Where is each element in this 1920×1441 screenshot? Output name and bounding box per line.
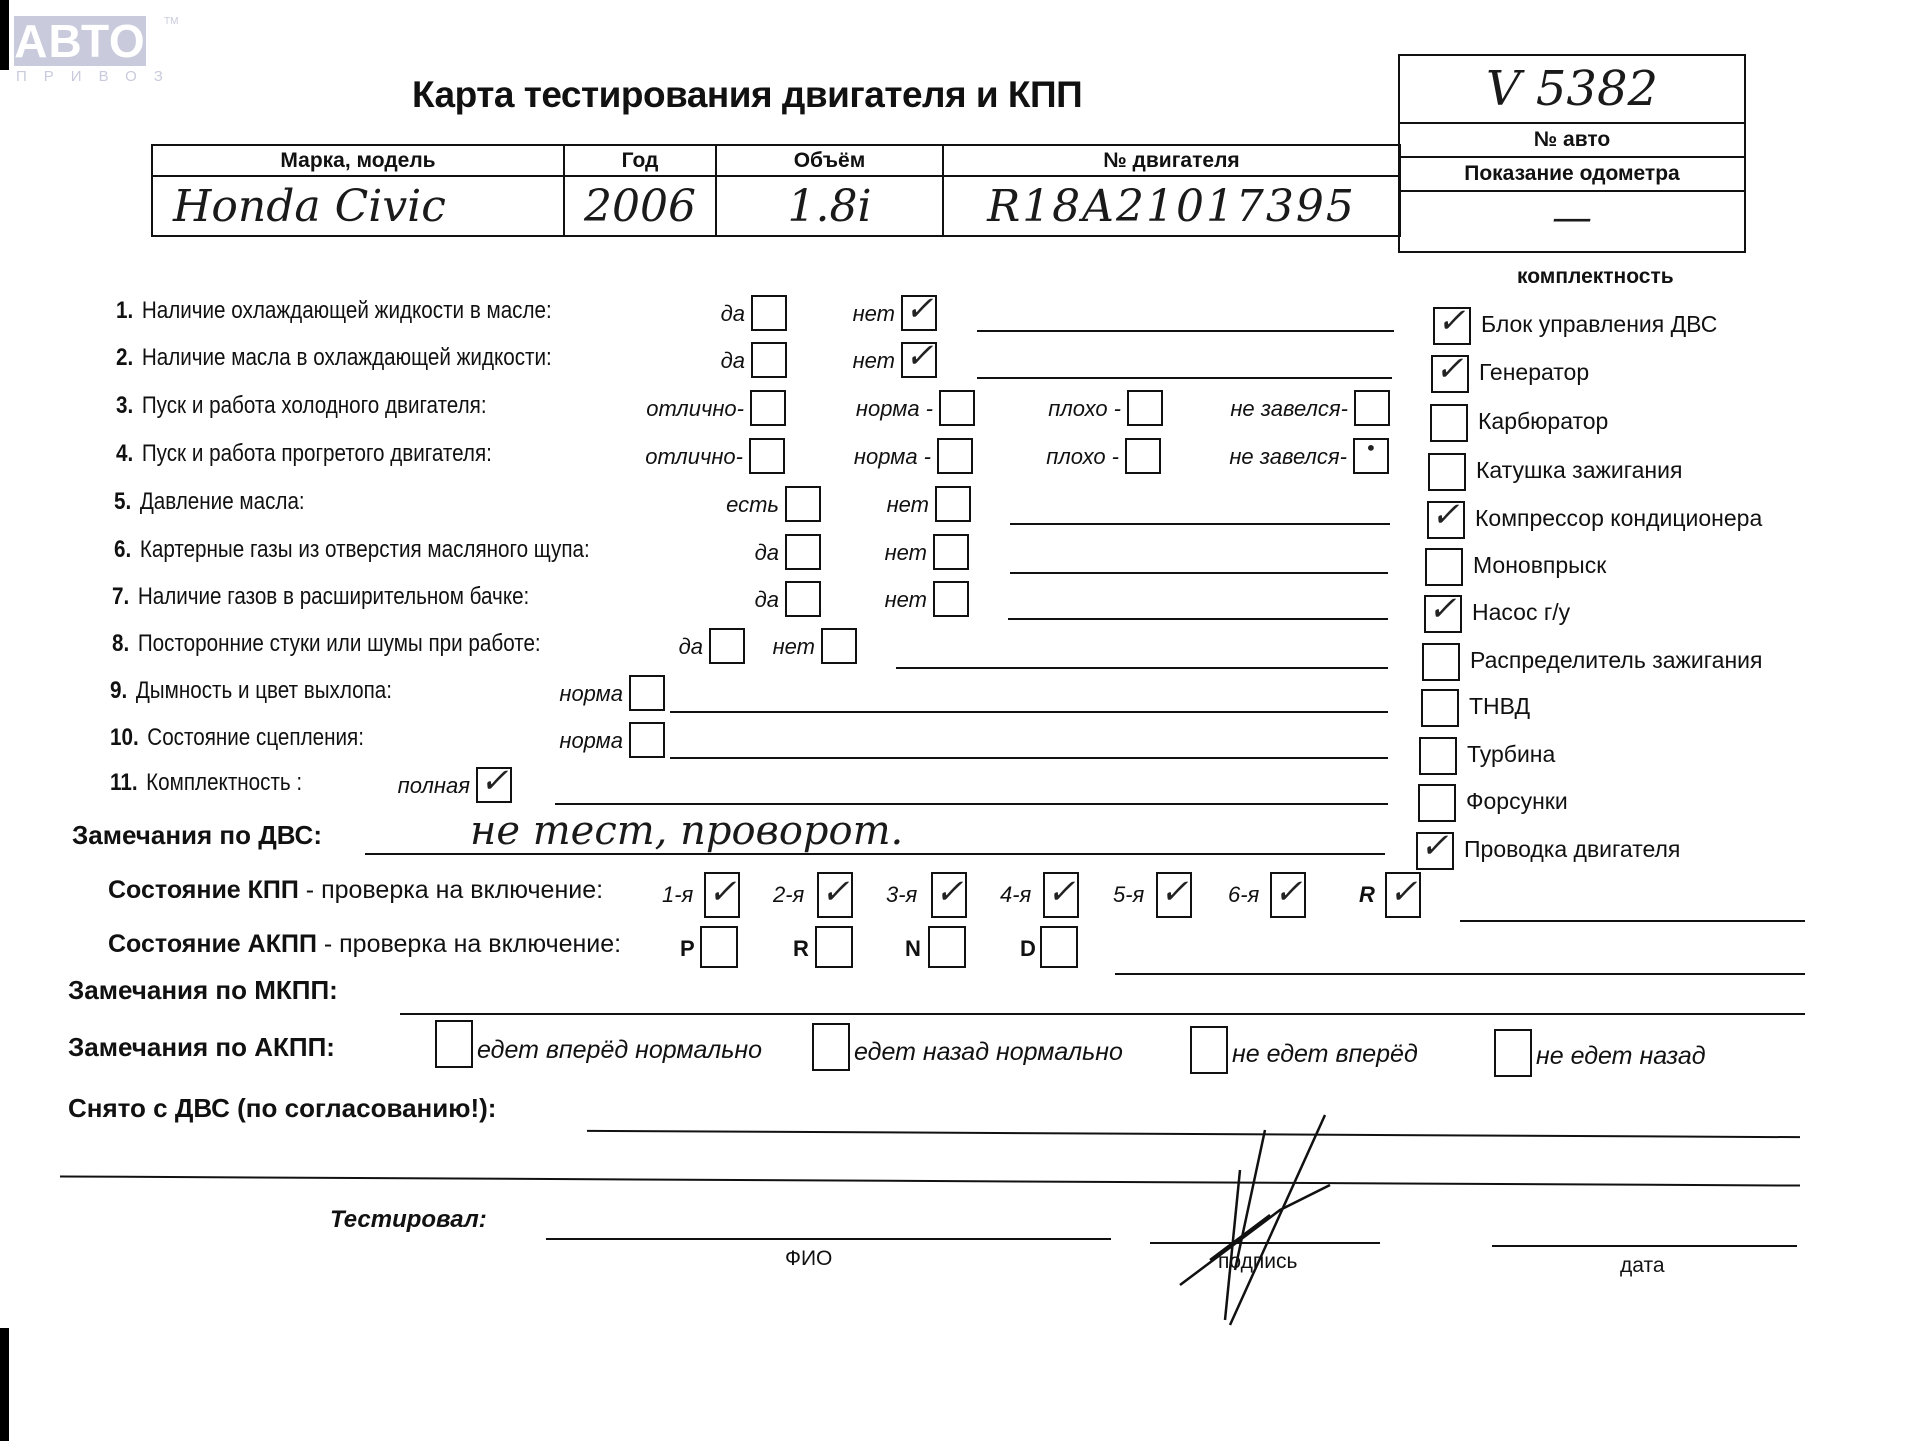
completeness-item-label: Блок управления ДВС [1481,311,1717,338]
check-option-box[interactable] [785,581,821,617]
gear-label: 5-я [1113,882,1144,908]
check-mark-icon: ✓ [1274,872,1303,912]
check-row-text: Наличие охлаждающей жидкости в масле: [142,297,552,324]
check-option-label: норма [559,681,623,707]
auto-remarks-checkbox[interactable] [435,1020,473,1068]
check-mark-icon: ✓ [1047,872,1076,912]
check-row-label: 6.Картерные газы из отверстия масляного … [114,536,590,564]
check-notes-line[interactable] [1008,618,1388,620]
check-option-box[interactable] [749,438,785,474]
gear-label: R [1359,882,1375,908]
odometer-label: Показание одометра [1400,158,1744,192]
check-option-box[interactable] [933,534,969,570]
check-row-text: Пуск и работа прогретого двигателя: [142,440,492,467]
completeness-checkbox[interactable] [1421,689,1459,727]
check-option-label: нет [885,587,927,613]
car-info-box: V 5382 № авто Показание одометра — [1398,54,1746,253]
removed-label: Снято с ДВС (по согласованию!): [68,1093,496,1124]
check-mark-icon: ✓ [905,289,934,329]
auto-gearbox-label-bold: Состояние АКПП [108,930,317,958]
auto-position-label: R [793,936,809,962]
engine-remarks-line [365,853,1385,855]
auto-remarks-option-label: не едет назад [1536,1042,1706,1071]
check-row-text: Наличие масла в охлаждающей жидкости: [142,344,552,371]
check-option-label: отлично- [645,444,743,470]
completeness-item-label: Моновпрыск [1473,552,1606,579]
completeness-item-label: ТНВД [1469,693,1530,720]
auto-remarks-checkbox[interactable] [812,1023,850,1071]
completeness-checkbox[interactable] [1419,737,1457,775]
completeness-checkbox[interactable] [1430,404,1468,442]
check-option-box[interactable] [939,390,975,426]
check-option-label: да [721,301,745,327]
check-row-label: 7.Наличие газов в расширительном бачке: [112,583,529,611]
check-mark-icon: ✓ [480,761,509,801]
manual-remarks-label: Замечания по МКПП: [68,975,338,1006]
check-row-text: Пуск и работа холодного двигателя: [142,392,487,419]
gear-label: 4-я [1000,882,1031,908]
logo-sub: ПРИВОЗ [14,68,180,85]
check-row-number: 10. [110,724,139,751]
check-option-label: плохо - [1048,396,1121,422]
make-model-value[interactable]: Honda Civic [152,176,564,236]
check-row-text: Состояние сцепления: [147,724,364,751]
check-notes-line[interactable] [1010,523,1390,525]
auto-position-checkbox[interactable] [700,926,738,968]
check-option-box[interactable] [937,438,973,474]
check-option-label: да [721,348,745,374]
volume-value[interactable]: 1.8i [716,176,943,236]
auto-position-label: P [680,936,695,962]
check-option-label: да [755,540,779,566]
gear-checkbox[interactable]: ✓ [1043,872,1079,918]
manual-remarks-line[interactable] [400,1013,1805,1015]
gear-checkbox[interactable]: ✓ [1270,872,1306,918]
check-option-box[interactable]: ✓ [901,342,937,378]
engine-number-value[interactable]: R18A21017395 [943,176,1400,236]
check-option-box[interactable]: ✓ [901,295,937,331]
page-title: Карта тестирования двигателя и КПП [412,74,1082,116]
check-row-label: 3.Пуск и работа холодного двигателя: [116,392,487,420]
check-option-label: нет [853,348,895,374]
check-row-label: 4.Пуск и работа прогретого двигателя: [116,440,492,468]
check-option-box[interactable] [750,390,786,426]
gear-checkbox[interactable]: ✓ [1385,872,1421,918]
check-row-number: 8. [112,630,129,657]
completeness-checkbox[interactable] [1428,453,1466,491]
completeness-item-label: Проводка двигателя [1464,836,1680,863]
date-caption: дата [1620,1254,1665,1278]
check-row-label: 9.Дымность и цвет выхлопа: [110,677,392,705]
auto-remarks-label: Замечания по АКПП: [68,1032,335,1063]
check-option-box[interactable] [1127,390,1163,426]
check-row-label: 2.Наличие масла в охлаждающей жидкости: [116,344,552,372]
header-year: Год [564,145,716,176]
check-notes-line[interactable] [896,667,1388,669]
check-notes-line[interactable] [1010,572,1388,574]
check-row-label: 5.Давление масла: [114,488,305,516]
logo-tm: TM [164,16,178,27]
tested-by-label: Тестировал: [330,1206,487,1234]
auto-remarks-checkbox[interactable] [1190,1026,1228,1074]
completeness-checkbox[interactable]: ✓ [1416,832,1454,870]
completeness-checkbox[interactable] [1418,784,1456,822]
engine-remarks-value[interactable]: не тест, проворот. [470,808,903,854]
vehicle-table: Марка, модель Год Объём № двигателя Hond… [151,144,1401,237]
check-mark-icon: ✓ [708,872,737,912]
check-option-box[interactable]: ✓ [476,767,512,803]
gear-label: 2-я [773,882,804,908]
removed-line-2[interactable] [60,1175,1800,1186]
gear-checkbox[interactable]: ✓ [704,872,740,918]
auto-remarks-option-label: едет назад нормально [854,1038,1123,1067]
check-mark-icon: ✓ [935,872,964,912]
auto-remarks-checkbox[interactable] [1494,1029,1532,1077]
odometer-value[interactable]: — [1400,192,1744,252]
check-row-number: 1. [116,297,133,324]
logo-brand: АВТО [14,16,146,66]
manual-gearbox-line [1460,920,1805,922]
completeness-item-label: Распределитель зажигания [1470,647,1762,674]
gear-checkbox[interactable]: ✓ [931,872,967,918]
gear-label: 6-я [1228,882,1259,908]
check-option-label: да [755,587,779,613]
check-option-label: нет [887,492,929,518]
check-option-box[interactable] [933,581,969,617]
check-option-box[interactable] [709,628,745,664]
check-option-box[interactable] [629,722,665,758]
gear-label: 1-я [662,882,693,908]
completeness-checkbox[interactable]: ✓ [1424,595,1462,633]
check-row-number: 9. [110,677,127,704]
completeness-checkbox[interactable]: ✓ [1433,307,1471,345]
check-row-text: Посторонние стуки или шумы при работе: [138,630,541,657]
check-mark-icon: ✓ [905,336,934,376]
completeness-checkbox[interactable]: ✓ [1427,501,1465,539]
name-caption: ФИО [785,1247,832,1271]
check-option-label: норма - [854,444,931,470]
check-mark-icon: ✓ [1389,872,1418,912]
check-option-box[interactable] [751,342,787,378]
check-mark-icon: ✓ [1435,349,1464,389]
check-option-label: есть [726,492,779,518]
check-option-box[interactable] [935,486,971,522]
auto-position-checkbox[interactable] [928,926,966,968]
completeness-checkbox[interactable] [1422,643,1460,681]
check-option-label: не завелся- [1229,444,1347,470]
check-mark-icon: ✓ [1437,301,1466,341]
completeness-item-label: Генератор [1479,359,1589,386]
check-row-label: 10.Состояние сцепления: [110,724,364,752]
check-notes-line[interactable] [555,803,1388,805]
engine-remarks-label: Замечания по ДВС: [72,820,322,851]
check-option-box[interactable] [1354,390,1390,426]
check-option-box[interactable] [785,534,821,570]
header-engine-number: № двигателя [943,145,1400,176]
car-number-value[interactable]: V 5382 [1400,56,1744,124]
completeness-checkbox[interactable] [1425,548,1463,586]
check-mark-icon: ✓ [1428,589,1457,629]
check-row-text: Картерные газы из отверстия масляного щу… [140,536,590,563]
check-option-label: нет [885,540,927,566]
check-notes-line[interactable] [977,377,1392,379]
completeness-item-label: Турбина [1467,741,1555,768]
check-option-box[interactable] [821,628,857,664]
completeness-item-label: Компрессор кондиционера [1475,505,1762,532]
check-option-box[interactable]: • [1353,438,1389,474]
check-option-box[interactable] [751,295,787,331]
check-mark-icon: ✓ [1160,872,1189,912]
check-row-number: 2. [116,344,133,371]
manual-gearbox-label: Состояние КПП - проверка на включение: [108,876,603,905]
check-mark-icon: ✓ [1431,495,1460,535]
check-row-number: 3. [116,392,133,419]
check-row-text: Комплектность : [146,769,302,796]
auto-position-label: D [1020,936,1036,962]
check-row-number: 4. [116,440,133,467]
auto-gearbox-line [1115,973,1805,975]
check-option-label: плохо - [1046,444,1119,470]
completeness-checkbox[interactable]: ✓ [1431,355,1469,393]
check-option-label: полная [398,773,470,799]
check-row-label: 1.Наличие охлаждающей жидкости в масле: [116,297,552,325]
auto-remarks-option-label: не едет вперёд [1232,1040,1418,1069]
check-row-number: 7. [112,583,129,610]
auto-gearbox-label-rest: - проверка на включение: [317,930,621,958]
dot-mark-icon: • [1365,436,1377,460]
check-option-box[interactable] [629,675,665,711]
check-notes-line[interactable] [977,330,1394,332]
auto-position-checkbox[interactable] [815,926,853,968]
check-option-label: отлично- [646,396,744,422]
check-notes-line[interactable] [670,757,1388,759]
gear-label: 3-я [886,882,917,908]
check-row-number: 11. [110,769,138,796]
completeness-item-label: Катушка зажигания [1476,457,1682,484]
completeness-title: комплектность [1517,265,1674,289]
check-row-label: 8.Посторонние стуки или шумы при работе: [112,630,541,658]
auto-remarks-option-label: едет вперёд нормально [477,1036,762,1065]
check-option-label: да [679,634,703,660]
scan-edge-bottom [0,1328,9,1441]
check-option-label: норма [559,728,623,754]
manual-gearbox-label-rest: - проверка на включение: [299,876,603,904]
date-line[interactable] [1492,1245,1797,1247]
header-volume: Объём [716,145,943,176]
check-notes-line[interactable] [670,711,1388,713]
header-make-model: Марка, модель [152,145,564,176]
year-value[interactable]: 2006 [564,176,716,236]
gear-checkbox[interactable]: ✓ [1156,872,1192,918]
check-mark-icon: ✓ [1420,826,1449,866]
check-option-box[interactable] [1125,438,1161,474]
auto-position-checkbox[interactable] [1040,926,1078,968]
completeness-item-label: Карбюратор [1478,408,1608,435]
check-mark-icon: ✓ [821,872,850,912]
completeness-item-label: Насос г/у [1472,599,1570,626]
logo: АВТО ПРИВОЗ TM [14,16,180,85]
check-row-text: Наличие газов в расширительном бачке: [138,583,529,610]
check-row-number: 6. [114,536,131,563]
name-line[interactable] [546,1238,1111,1240]
car-number-label: № авто [1400,124,1744,158]
check-row-number: 5. [114,488,131,515]
check-option-box[interactable] [785,486,821,522]
check-option-label: нет [853,301,895,327]
check-option-label: норма - [856,396,933,422]
check-row-label: 11.Комплектность : [110,769,302,797]
check-option-label: нет [773,634,815,660]
check-row-text: Дымность и цвет выхлопа: [136,677,392,704]
completeness-item-label: Форсунки [1466,788,1568,815]
auto-gearbox-label: Состояние АКПП - проверка на включение: [108,930,621,959]
check-option-label: не завелся- [1230,396,1348,422]
gear-checkbox[interactable]: ✓ [817,872,853,918]
signature-scribble-icon [1170,1110,1370,1330]
manual-gearbox-label-bold: Состояние КПП [108,876,299,904]
auto-position-label: N [905,936,921,962]
scan-edge-top [0,0,9,70]
check-row-text: Давление масла: [140,488,305,515]
